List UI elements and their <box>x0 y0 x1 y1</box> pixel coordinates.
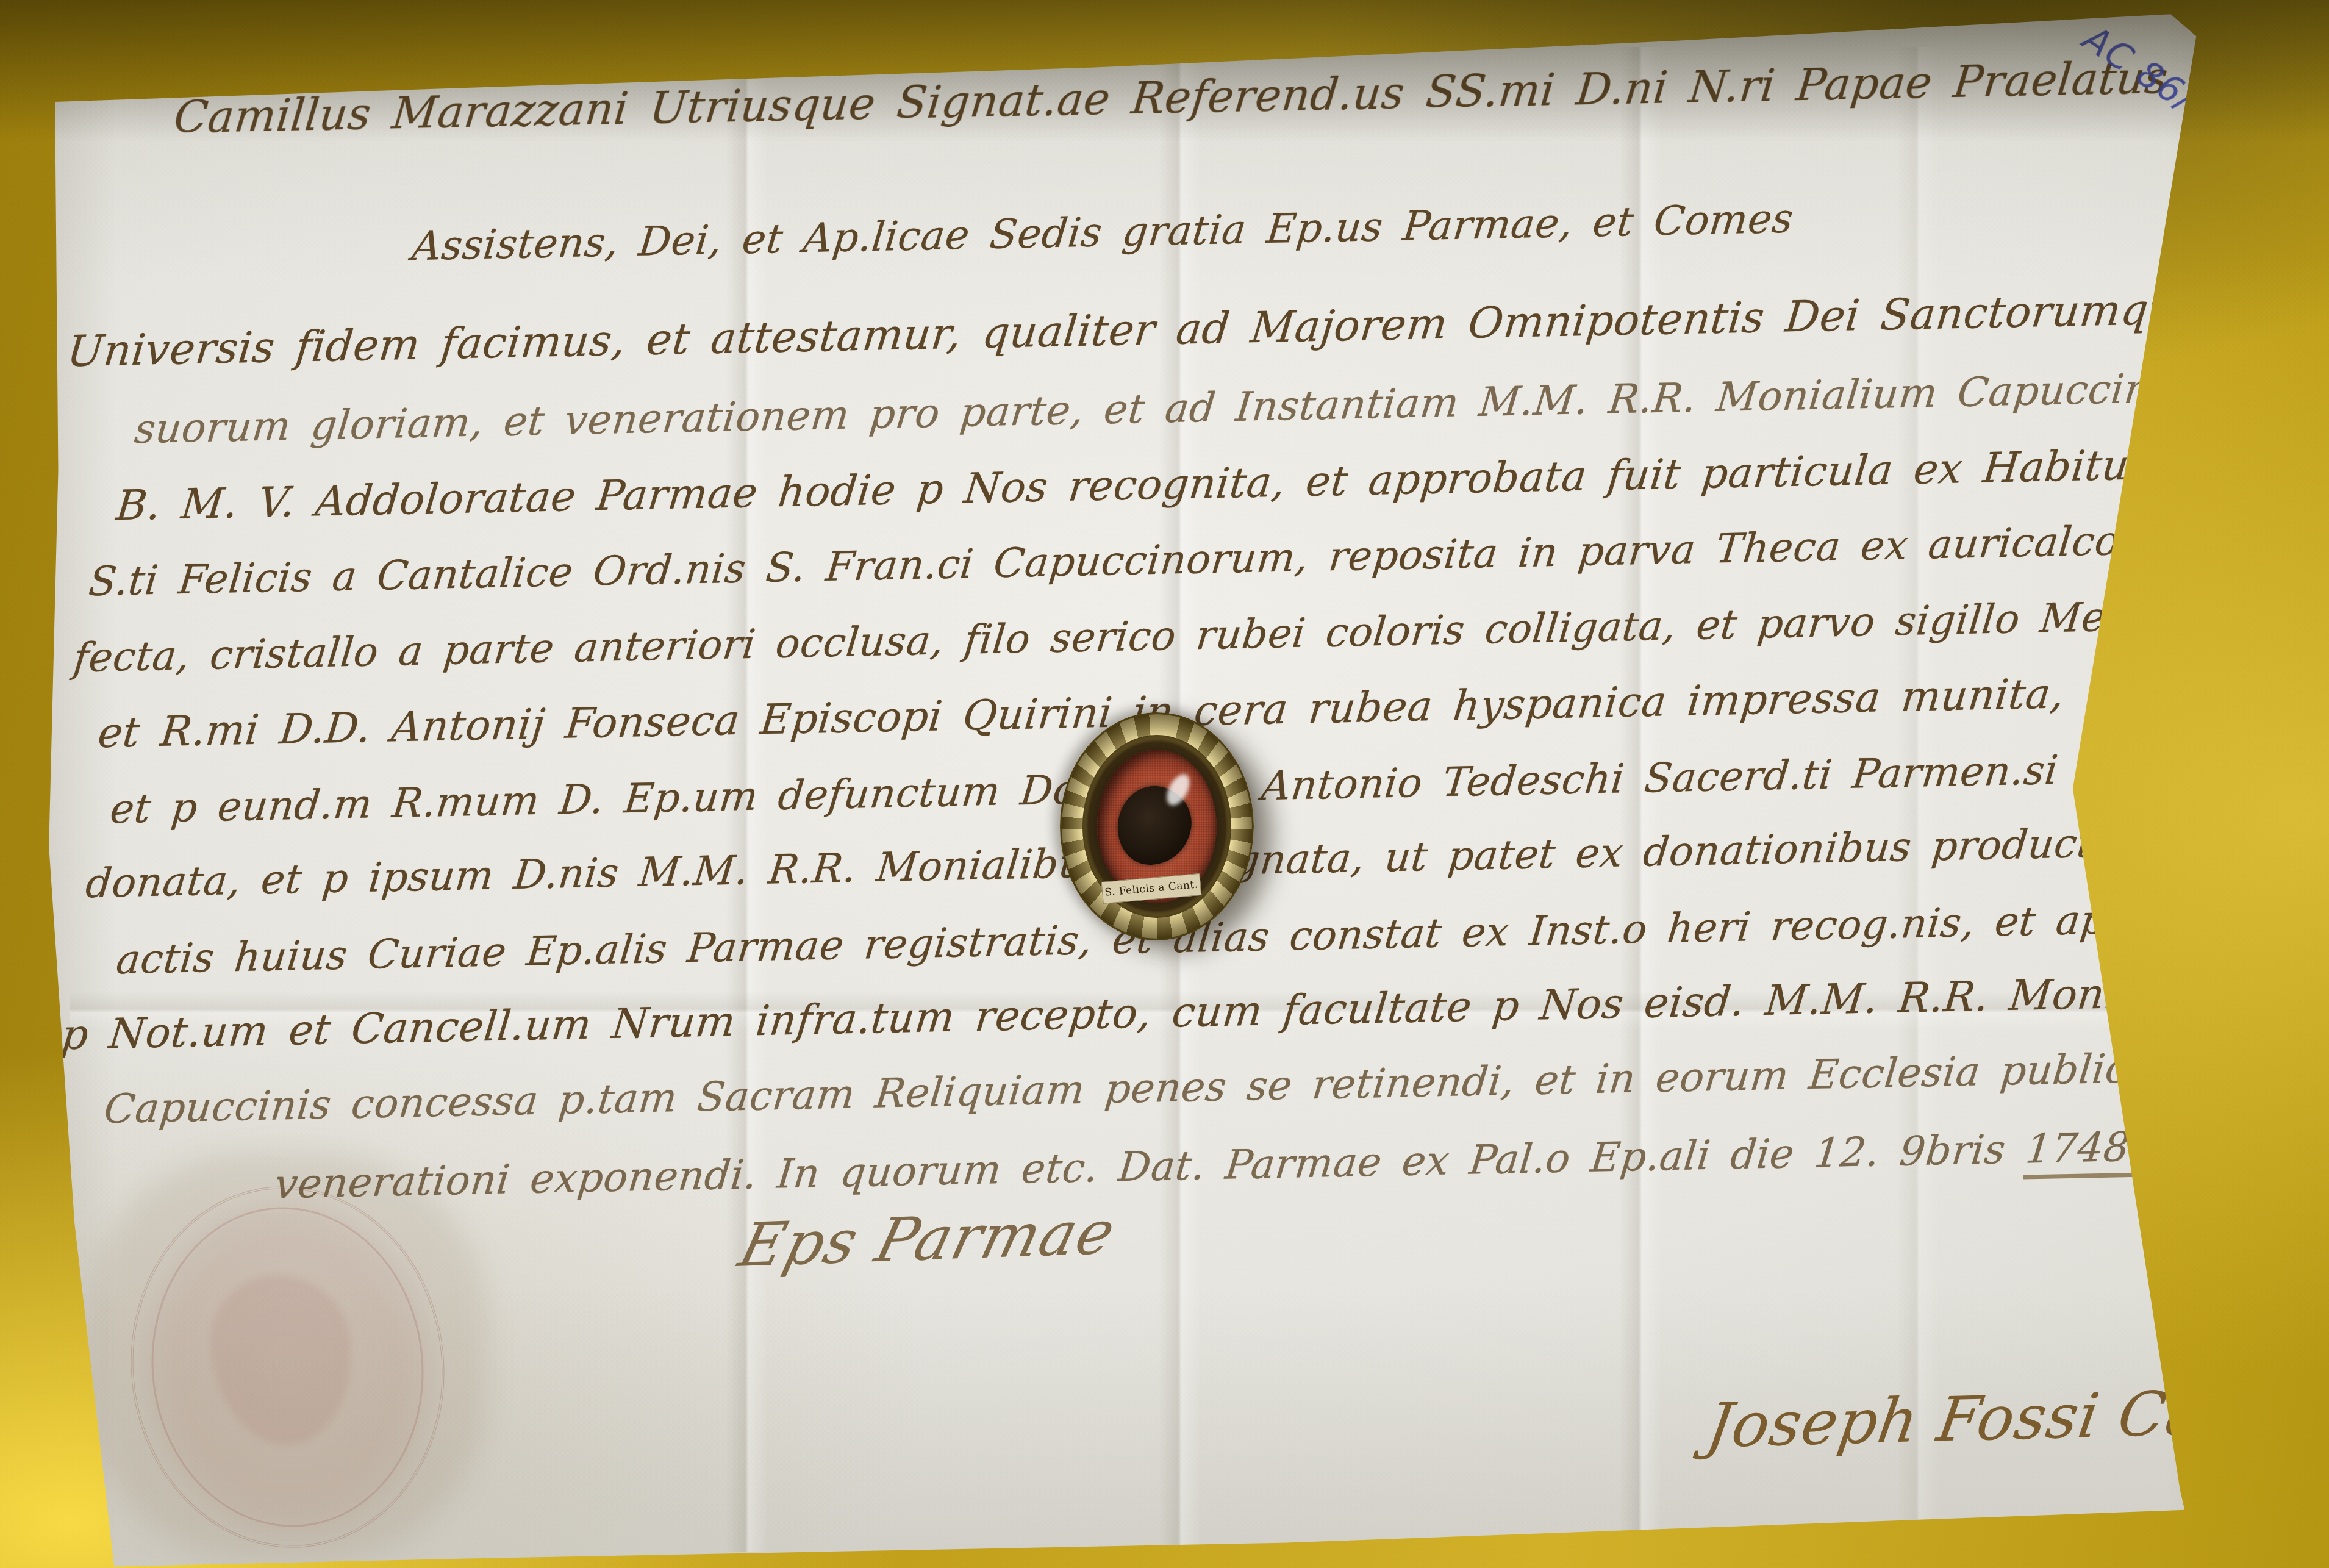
manuscript-line-3: Universis fidem facimus, et attestamur, … <box>65 284 2205 376</box>
manuscript-line-7: fecta, cristallo a parte anteriori occlu… <box>71 592 2160 681</box>
dateline-text: venerationi exponendi. In quorum etc. Da… <box>273 1125 2028 1208</box>
manuscript-line-14: venerationi exponendi. In quorum etc. Da… <box>273 1123 2145 1208</box>
manuscript-line-13: Capuccinis concessa p.tam Sacram Reliqui… <box>102 1040 2329 1133</box>
manuscript-line-12: p Not.um et Cancell.um Nrum infra.tum re… <box>59 967 2249 1059</box>
manuscript-line-8: et R.mi D.D. Antonij Fonseca Episcopi Qu… <box>96 670 2067 757</box>
manuscript-line-5: B. M. V. Addoloratae Parmae hodie p Nos … <box>114 442 2131 530</box>
fold-crease-vertical-4 <box>1897 47 1939 1552</box>
photograph-of-relic-certificate: Camillus Marazzani Utriusque Signat.ae R… <box>0 0 2329 1568</box>
manuscript-line-2: Assistens, Dei, et Ap.licae Sedis gratia… <box>410 195 1795 270</box>
brass-reliquary-theca: S. Felicis a Cant. <box>1060 712 1254 940</box>
manuscript-line-4: suorum gloriam, et venerationem pro part… <box>132 363 2261 453</box>
manuscript-line-6: S.ti Felicis a Cantalice Ord.nis S. Fran… <box>87 515 2250 605</box>
bishop-signature: Eps Parmae <box>732 1198 1123 1281</box>
